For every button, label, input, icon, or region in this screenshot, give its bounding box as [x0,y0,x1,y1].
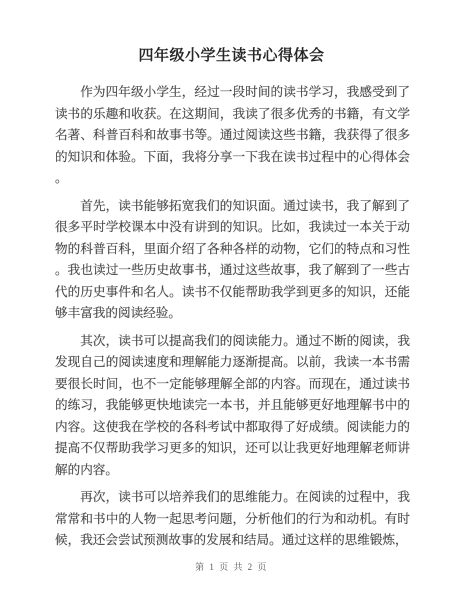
page-number-text: 第 1 页 共 2 页 [195,562,268,572]
text-line: 的知识和体验。下面，我将分享一下我在读书过程中的心得体会 [55,147,410,169]
document-body: 作为四年级小学生，经过一段时间的读书学习，我感受到了读书的乐趣和收获。在这期间，… [0,66,463,552]
text-line: 内容。这使我在学校的各科考试中都取得了好成绩。阅读能力的 [55,417,410,439]
text-line: 够丰富我的阅读经验。 [55,303,410,325]
page-footer: 第 1 页 共 2 页 [0,560,463,573]
text-line: 作为四年级小学生，经过一段时间的读书学习，我感受到了 [55,82,410,104]
text-line: 物的科普百科，里面介绍了各种各样的动物，它们的特点和习性 [55,239,410,261]
paragraph: 首先，读书能够拓宽我们的知识面。通过读书，我了解到了很多平时学校课本中没有讲到的… [55,196,410,325]
text-line: 首先，读书能够拓宽我们的知识面。通过读书，我了解到了 [55,196,410,218]
text-line: 解的内容。 [55,460,410,482]
text-line: 名著、科普百科和故事书等。通过阅读这些书籍，我获得了很多 [55,125,410,147]
paragraph: 作为四年级小学生，经过一段时间的读书学习，我感受到了读书的乐趣和收获。在这期间，… [55,82,410,190]
document-title: 四年级小学生读书心得体会 [0,0,463,66]
paragraph: 其次，读书可以提高我们的阅读能力。通过不断的阅读，我发现自己的阅读速度和理解能力… [55,331,410,482]
text-line: 。我也读过一些历史故事书，通过这些故事，我了解到了一些古 [55,260,410,282]
text-line: 的练习，我能够更快地读完一本书，并且能够更好地理解书中的 [55,395,410,417]
text-line: 。 [55,168,410,190]
text-line: 再次，读书可以培养我们的思维能力。在阅读的过程中，我 [55,487,410,509]
text-line: 提高不仅帮助我学习更多的知识，还可以让我更好地理解老师讲 [55,438,410,460]
text-line: 要很长时间，也不一定能够理解全部的内容。而现在，通过读书 [55,374,410,396]
text-line: 读书的乐趣和收获。在这期间，我读了很多优秀的书籍，有文学 [55,104,410,126]
document-page: 四年级小学生读书心得体会 作为四年级小学生，经过一段时间的读书学习，我感受到了读… [0,0,463,600]
text-line: 代的历史事件和名人。读书不仅能帮助我学到更多的知识，还能 [55,282,410,304]
text-line: 候，我还会尝试预测故事的发展和结局。通过这样的思维锻炼， [55,530,410,552]
text-line: 其次，读书可以提高我们的阅读能力。通过不断的阅读，我 [55,331,410,353]
text-line: 常常和书中的人物一起思考问题，分析他们的行为和动机。有时 [55,509,410,531]
text-line: 很多平时学校课本中没有讲到的知识。比如，我读过一本关于动 [55,217,410,239]
paragraph: 再次，读书可以培养我们的思维能力。在阅读的过程中，我常常和书中的人物一起思考问题… [55,487,410,552]
text-line: 发现自己的阅读速度和理解能力逐渐提高。以前，我读一本书需 [55,352,410,374]
